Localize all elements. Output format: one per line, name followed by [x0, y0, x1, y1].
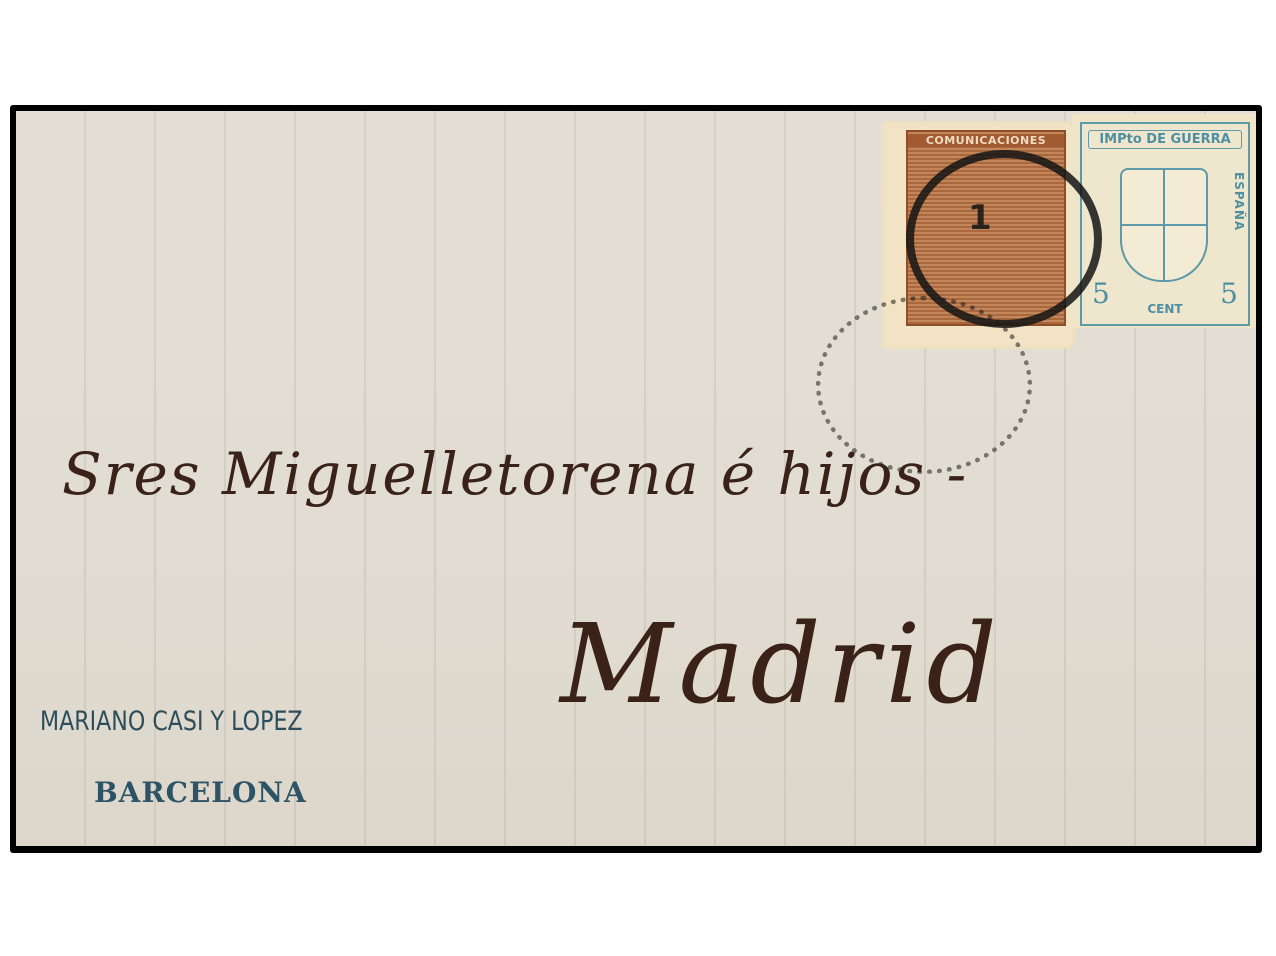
blue-stamp-denomination: CENT	[1082, 302, 1248, 316]
blue-stamp-label: IMPto DE GUERRA	[1088, 130, 1242, 149]
blue-stamp-country: ESPAÑA	[1232, 172, 1246, 231]
blue-stamp-design: IMPto DE GUERRA ESPAÑA 5 5 CENT	[1080, 122, 1250, 326]
brown-stamp-label: COMUNICACIONES	[908, 134, 1064, 147]
sender-cachet-city: BARCELONA	[94, 776, 307, 809]
postmark-number: 1	[968, 198, 992, 238]
destination-city-handwriting: Madrid	[560, 600, 1003, 728]
coat-of-arms-icon	[1120, 168, 1208, 282]
addressee-handwriting: Sres Miguelletorena é hijos -	[62, 440, 968, 508]
sender-cachet-name: MARIANO CASI Y LOPEZ	[40, 706, 303, 737]
